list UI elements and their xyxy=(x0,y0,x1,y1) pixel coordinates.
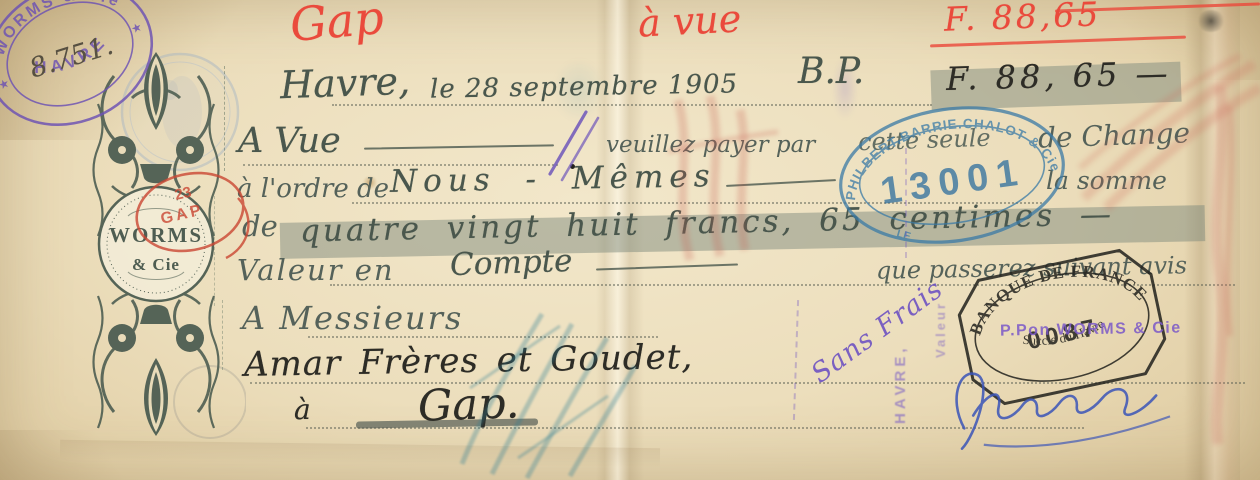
purple-slash-marks xyxy=(540,108,610,188)
city-script: Havre, xyxy=(279,62,410,105)
red-note-amount: F. 88,65 xyxy=(943,0,1101,36)
signature xyxy=(924,331,1195,465)
red-smudge-right-edge xyxy=(1196,86,1242,446)
bp-initials: B.P. xyxy=(798,54,864,90)
gap-stamp-city: GAP xyxy=(159,202,205,228)
gap-stamp-day: 23 xyxy=(173,184,193,204)
gap-date-stamp: 23 GAP xyxy=(118,160,268,275)
oval-stamp-handwritten-number: 8.751. xyxy=(26,30,117,85)
red-stamp-smudge-center xyxy=(648,92,793,272)
at-sight-script: A Vue xyxy=(238,124,341,159)
teal-stamp-marks xyxy=(418,238,728,480)
signature-flourish xyxy=(983,416,1172,450)
red-note-term: à vue xyxy=(637,0,742,43)
microtext-column xyxy=(224,66,225,171)
handwritten-dash xyxy=(364,144,554,149)
ink-blot-top-right xyxy=(1196,10,1226,32)
signature-stroke xyxy=(954,358,1159,449)
vertical-endorsement-ghost xyxy=(793,300,799,420)
vertical-endorsement-ghost xyxy=(905,148,907,258)
bill-of-exchange-document: WORMS & Cie Gap à vue F. 88,65 Havre, le… xyxy=(0,0,1260,480)
ruled-dotted-line xyxy=(332,104,932,106)
at-label-script: à xyxy=(294,396,311,424)
red-note-place: Gap xyxy=(288,0,385,48)
philbert-number: 13001 xyxy=(878,151,1028,213)
microtext-column xyxy=(222,300,223,370)
